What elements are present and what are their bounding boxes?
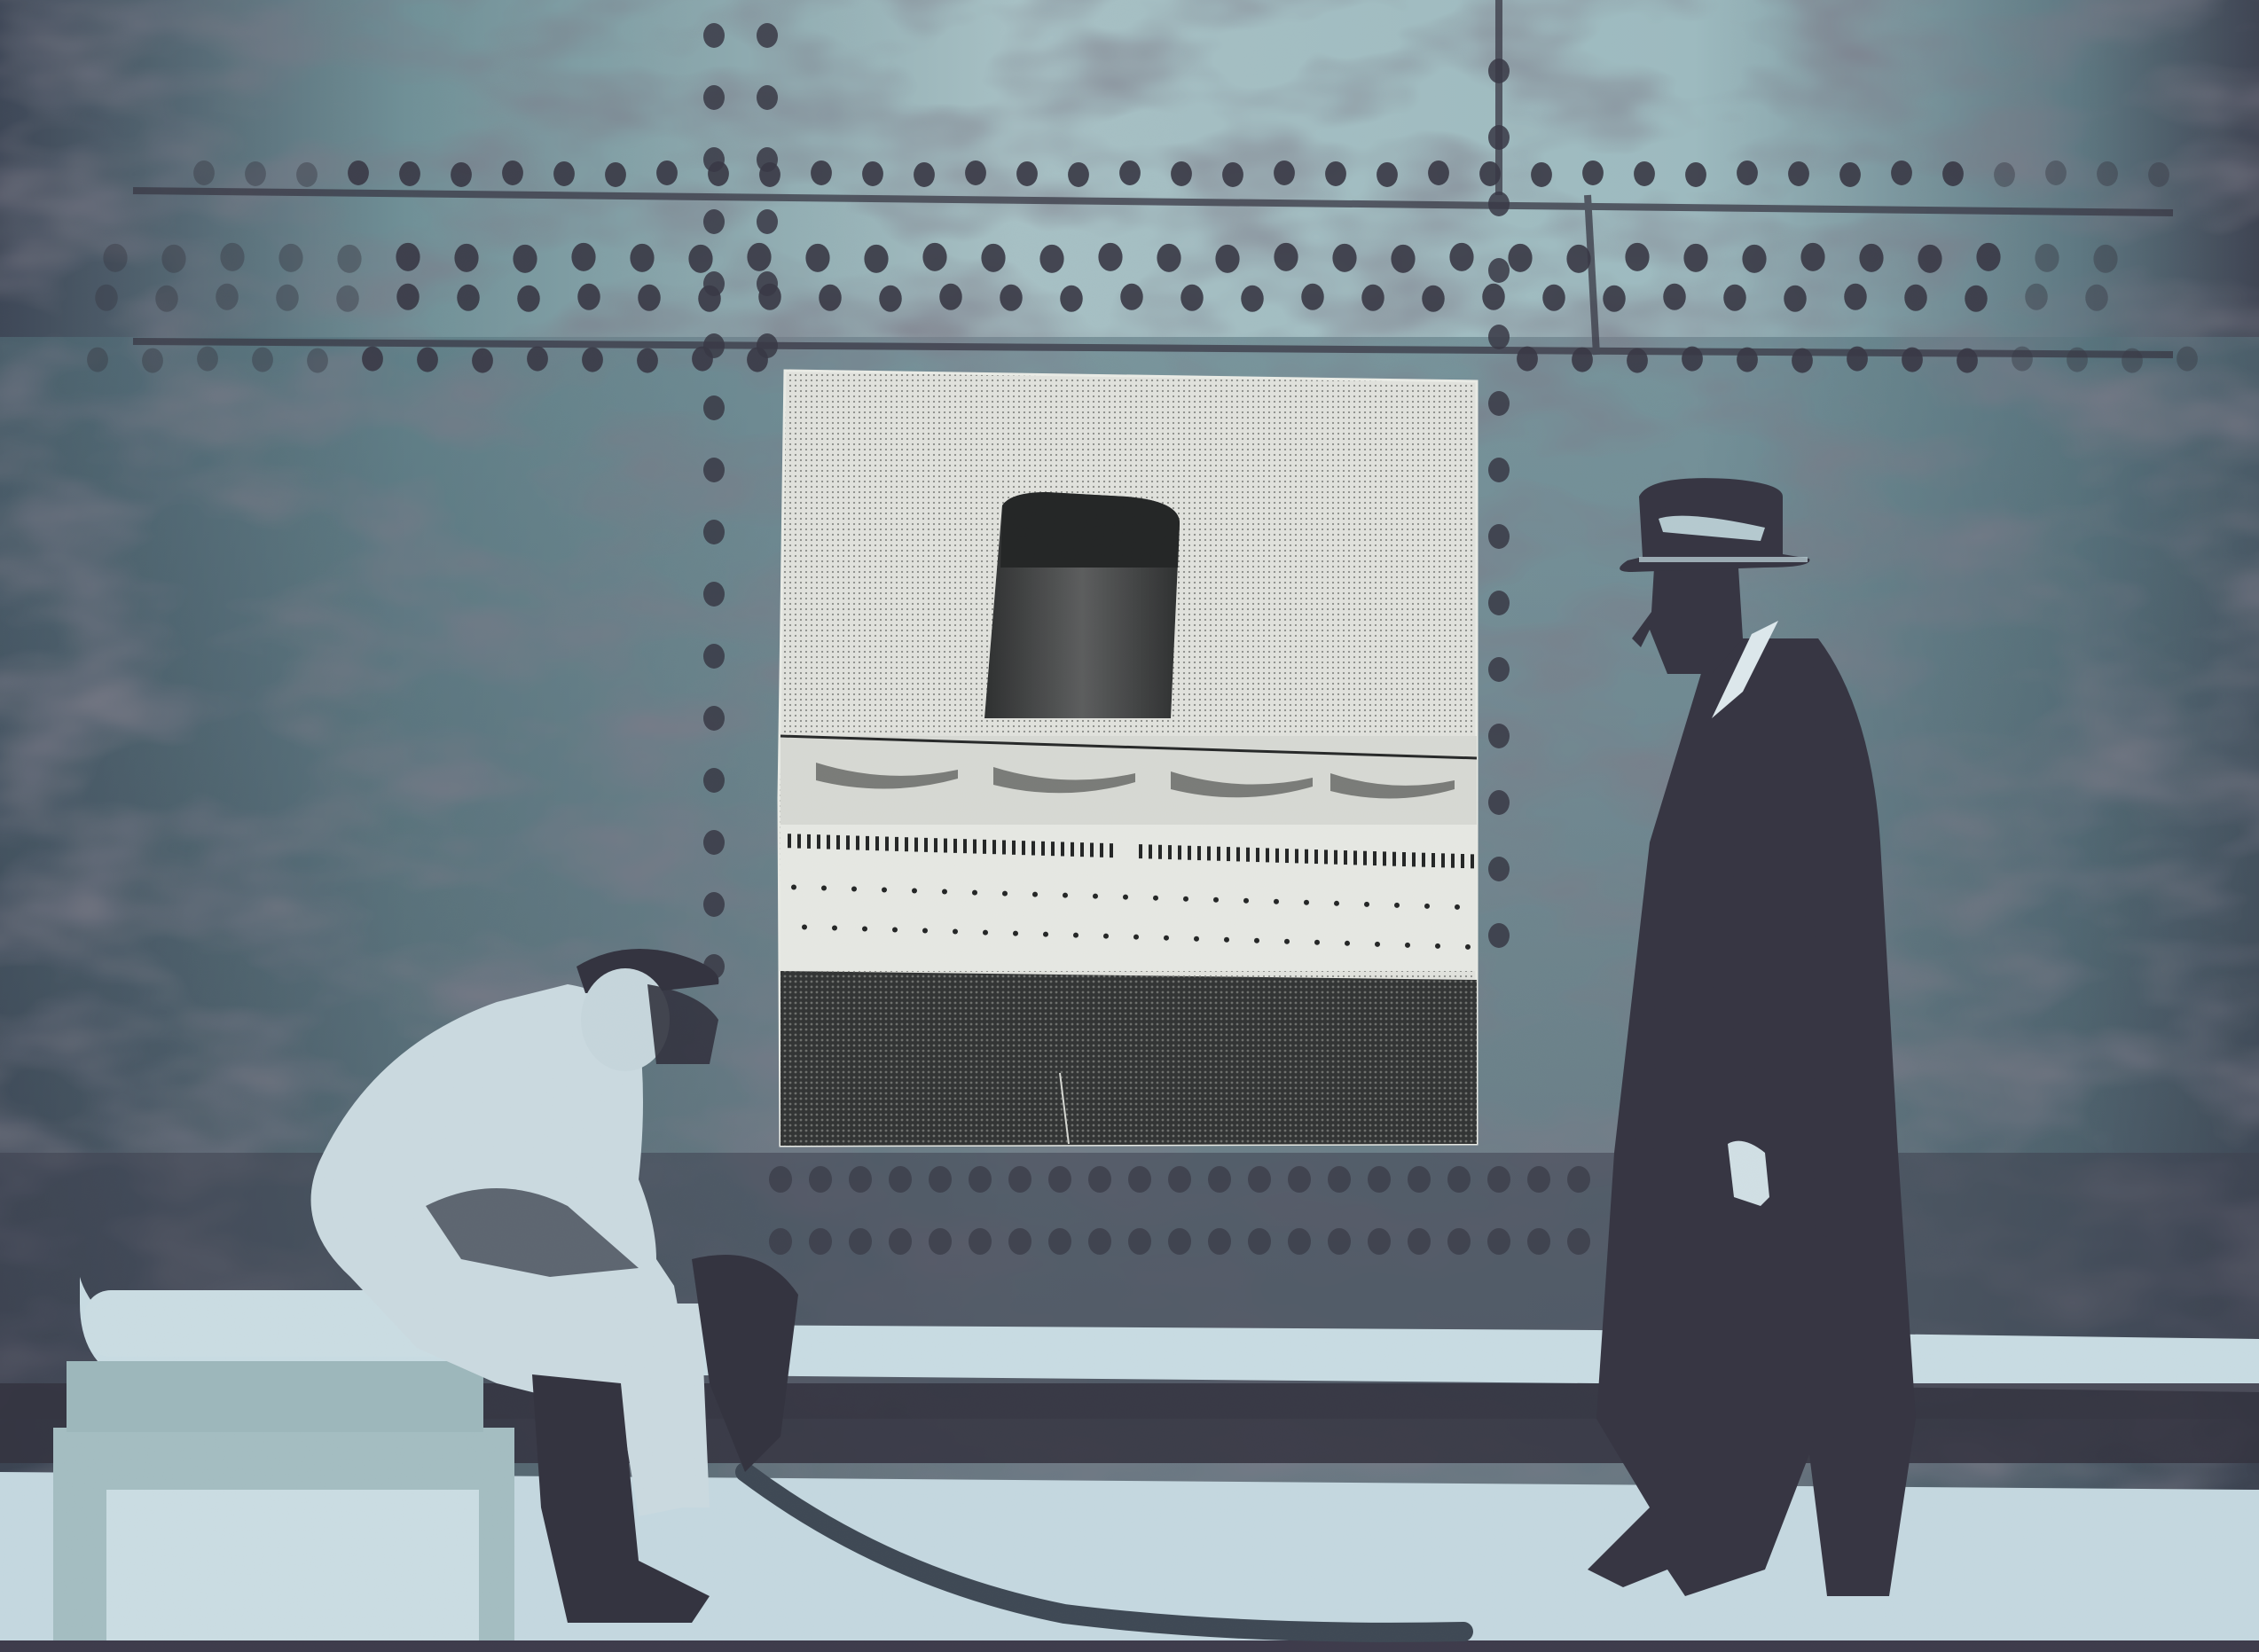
photo-collage <box>0 0 2259 1652</box>
